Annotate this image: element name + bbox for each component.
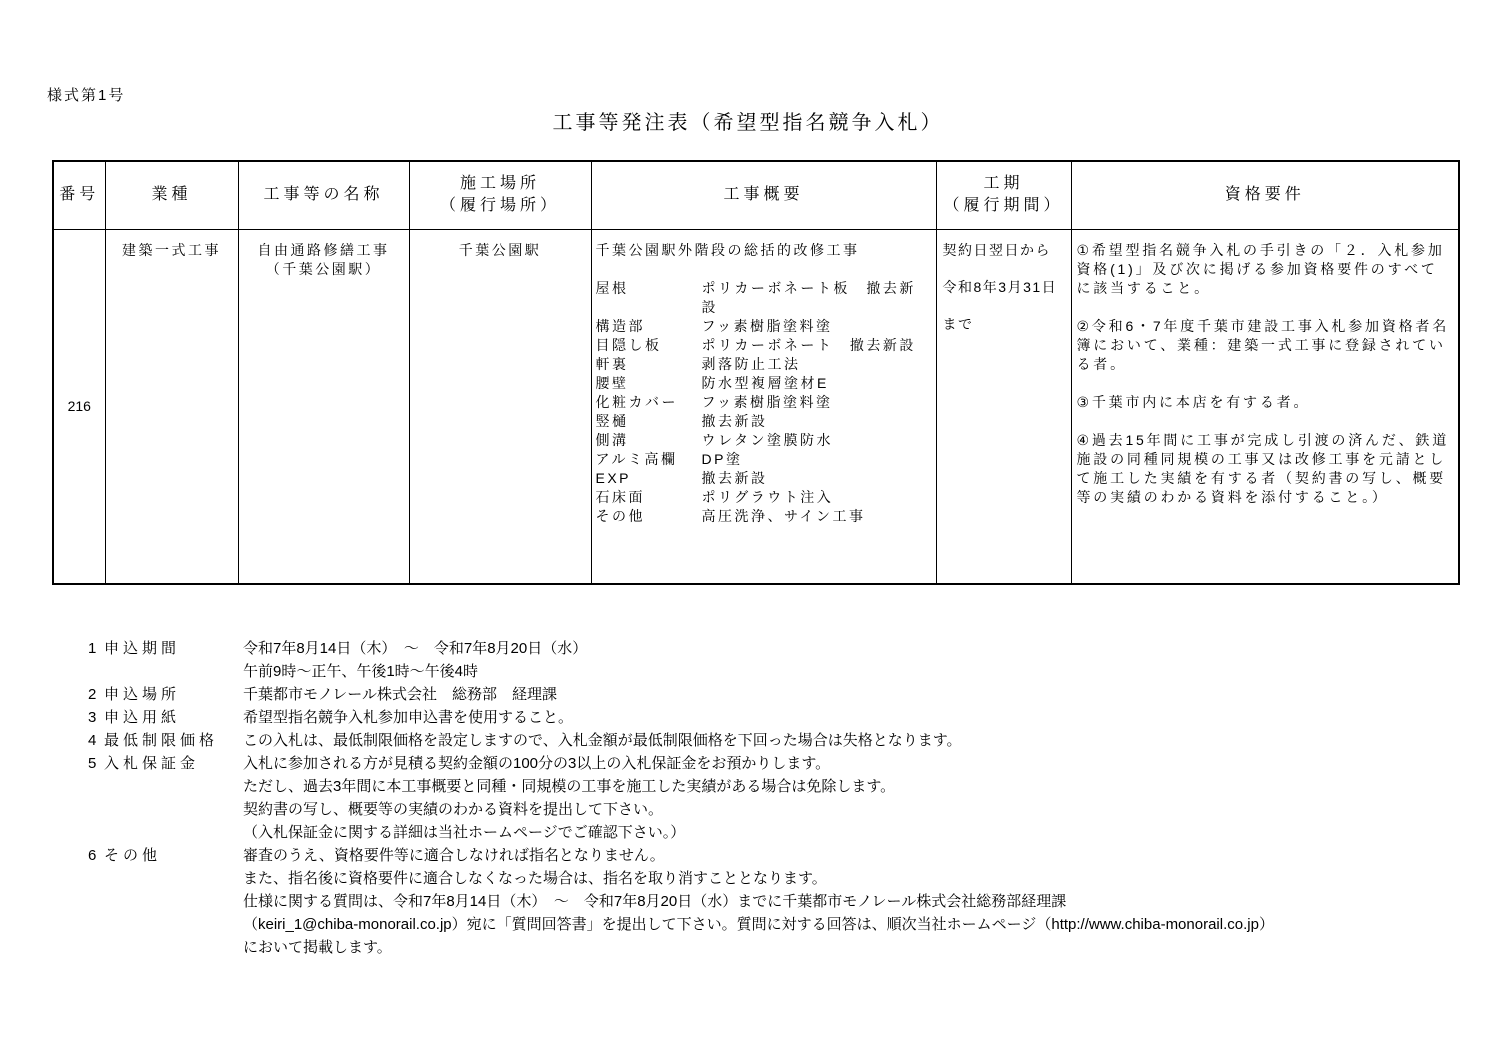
col-header-overview: 工事概要 <box>591 161 936 229</box>
note-line: 希望型指名競争入札参加申込書を使用すること。 <box>243 706 1274 729</box>
overview-item-label: 構造部 <box>596 317 702 336</box>
note-content: 希望型指名競争入札参加申込書を使用すること。 <box>243 706 1274 729</box>
note-label: 申込期間 <box>104 637 243 660</box>
note-line: （入札保証金に関する詳細は当社ホームページでご確認下さい。） <box>243 821 1274 844</box>
note-content: 入札に参加される方が見積る契約金額の100分の3以上の入札保証金をお預かりします… <box>243 752 1274 844</box>
overview-item-label: 竪樋 <box>596 412 702 431</box>
note-number: 3 <box>88 706 104 729</box>
col-header-qualifications: 資格要件 <box>1071 161 1459 229</box>
overview-item: 軒裏剥落防止工法 <box>596 355 932 374</box>
qualification-item: ②令和6・7年度千葉市建設工事入札参加資格者名簿において、業種：建築一式工事に登… <box>1077 317 1454 374</box>
overview-item-desc: 高圧洗浄、サイン工事 <box>702 507 932 526</box>
period-line: まで <box>943 315 1067 334</box>
note-number: 1 <box>88 637 104 660</box>
col-header-period: 工期 （履行期間） <box>936 161 1071 229</box>
overview-item-desc: フッ素樹脂塗料塗 <box>702 393 932 412</box>
overview-item-label: 腰壁 <box>596 374 702 393</box>
overview-item-label: 軒裏 <box>596 355 702 374</box>
overview-item: 石床面ポリグラウト注入 <box>596 488 932 507</box>
note-item-application-form: 3 申込用紙 希望型指名競争入札参加申込書を使用すること。 <box>88 706 1274 729</box>
note-line: また、指名後に資格要件に適合しなくなった場合は、指名を取り消すこととなります。 <box>243 867 1274 890</box>
qualification-item: ①希望型指名競争入札の手引きの「２．入札参加資格(1)」及び次に掲げる参加資格要… <box>1077 241 1454 298</box>
overview-item: 目隠し板ポリカーボネート 撤去新設 <box>596 336 932 355</box>
note-label: その他 <box>104 844 243 867</box>
notes-section: 1 申込期間 令和7年8月14日（木） ～ 令和7年8月20日（水） 午前9時～… <box>88 637 1274 959</box>
col-header-industry: 業種 <box>105 161 238 229</box>
qualification-item: ③千葉市内に本店を有する者。 <box>1077 393 1454 412</box>
document-page: 様式第1号 工事等発注表（希望型指名競争入札） 番号 業種 工事等の名称 施工場… <box>0 0 1496 1058</box>
table-row: 216 建築一式工事 自由通路修繕工事 （千葉公園駅） 千葉公園駅 千葉公園駅外… <box>53 229 1459 584</box>
note-content: 千葉都市モノレール株式会社 総務部 経理課 <box>243 683 1274 706</box>
qualification-item: ④過去15年間に工事が完成し引渡の済んだ、鉄道施設の同種同規模の工事又は改修工事… <box>1077 431 1454 507</box>
note-line: （keiri_1@chiba-monorail.co.jp）宛に「質問回答書」を… <box>243 913 1274 936</box>
overview-item: 構造部フッ素樹脂塗料塗 <box>596 317 932 336</box>
overview-item-label: その他 <box>596 507 702 526</box>
note-line: 入札に参加される方が見積る契約金額の100分の3以上の入札保証金をお預かりします… <box>243 752 1274 775</box>
page-title: 工事等発注表（希望型指名競争入札） <box>0 106 1496 135</box>
note-line: において掲載します。 <box>243 936 1274 959</box>
overview-item-desc: 撤去新設 <box>702 412 932 431</box>
note-line: 契約書の写し、概要等の実績のわかる資料を提出して下さい。 <box>243 798 1274 821</box>
overview-item-desc: DP塗 <box>702 450 932 469</box>
note-label: 申込場所 <box>104 683 243 706</box>
note-content: 審査のうえ、資格要件等に適合しなければ指名となりません。 また、指名後に資格要件… <box>243 844 1274 959</box>
overview-item: 側溝ウレタン塗膜防水 <box>596 431 932 450</box>
cell-location: 千葉公園駅 <box>409 229 591 584</box>
col-header-number: 番号 <box>53 161 105 229</box>
overview-item-label: 目隠し板 <box>596 336 702 355</box>
note-content: この入札は、最低制限価格を設定しますので、入札金額が最低制限価格を下回った場合は… <box>243 729 1274 752</box>
note-line: 午前9時～正午、午後1時～午後4時 <box>243 660 1274 683</box>
note-item-application-period: 1 申込期間 令和7年8月14日（木） ～ 令和7年8月20日（水） 午前9時～… <box>88 637 1274 683</box>
note-line: ただし、過去3年間に本工事概要と同種・同規模の工事を施工した実績がある場合は免除… <box>243 775 1274 798</box>
overview-item-label: 側溝 <box>596 431 702 450</box>
overview-item: その他高圧洗浄、サイン工事 <box>596 507 932 526</box>
note-item-bid-deposit: 5 入札保証金 入札に参加される方が見積る契約金額の100分の3以上の入札保証金… <box>88 752 1274 844</box>
note-number: 2 <box>88 683 104 706</box>
overview-item-desc: 防水型複層塗材E <box>702 374 932 393</box>
cell-industry: 建築一式工事 <box>105 229 238 584</box>
note-number: 6 <box>88 844 104 867</box>
cell-qualifications: ①希望型指名競争入札の手引きの「２．入札参加資格(1)」及び次に掲げる参加資格要… <box>1071 229 1459 584</box>
note-number: 4 <box>88 729 104 752</box>
cell-work-name: 自由通路修繕工事 （千葉公園駅） <box>238 229 409 584</box>
overview-item-label: EXP <box>596 469 702 488</box>
col-header-work-name: 工事等の名称 <box>238 161 409 229</box>
overview-item-label: 石床面 <box>596 488 702 507</box>
period-line: 令和8年3月31日 <box>943 278 1067 297</box>
overview-item-label: アルミ高欄 <box>596 450 702 469</box>
form-number-label: 様式第1号 <box>47 84 125 105</box>
order-table: 番号 業種 工事等の名称 施工場所 （履行場所） 工事概要 工期 （履行期間） … <box>52 160 1460 585</box>
overview-item-desc: 剥落防止工法 <box>702 355 932 374</box>
note-line: この入札は、最低制限価格を設定しますので、入札金額が最低制限価格を下回った場合は… <box>243 729 1274 752</box>
note-content: 令和7年8月14日（木） ～ 令和7年8月20日（水） 午前9時～正午、午後1時… <box>243 637 1274 683</box>
overview-item-desc: 撤去新設 <box>702 469 932 488</box>
note-line: 千葉都市モノレール株式会社 総務部 経理課 <box>243 683 1274 706</box>
note-item-others: 6 その他 審査のうえ、資格要件等に適合しなければ指名となりません。 また、指名… <box>88 844 1274 959</box>
overview-item-label: 化粧カバー <box>596 393 702 412</box>
overview-item-list: 屋根ポリカーボネート板 撤去新設 構造部フッ素樹脂塗料塗 目隠し板ポリカーボネー… <box>596 279 932 526</box>
period-line: 契約日翌日から <box>943 241 1067 260</box>
overview-item: 屋根ポリカーボネート板 撤去新設 <box>596 279 932 317</box>
overview-item: 腰壁防水型複層塗材E <box>596 374 932 393</box>
overview-item-desc: ポリカーボネート板 撤去新設 <box>702 279 932 317</box>
note-label: 申込用紙 <box>104 706 243 729</box>
overview-item: アルミ高欄DP塗 <box>596 450 932 469</box>
table-header-row: 番号 業種 工事等の名称 施工場所 （履行場所） 工事概要 工期 （履行期間） … <box>53 161 1459 229</box>
note-line: 審査のうえ、資格要件等に適合しなければ指名となりません。 <box>243 844 1274 867</box>
note-number: 5 <box>88 752 104 775</box>
overview-item-label: 屋根 <box>596 279 702 317</box>
overview-item: 竪樋撤去新設 <box>596 412 932 431</box>
col-header-location: 施工場所 （履行場所） <box>409 161 591 229</box>
overview-item: EXP撤去新設 <box>596 469 932 488</box>
overview-item-desc: ウレタン塗膜防水 <box>702 431 932 450</box>
note-line: 令和7年8月14日（木） ～ 令和7年8月20日（水） <box>243 637 1274 660</box>
overview-title: 千葉公園駅外階段の総括的改修工事 <box>596 241 932 260</box>
cell-overview: 千葉公園駅外階段の総括的改修工事 屋根ポリカーボネート板 撤去新設 構造部フッ素… <box>591 229 936 584</box>
note-item-application-place: 2 申込場所 千葉都市モノレール株式会社 総務部 経理課 <box>88 683 1274 706</box>
note-label: 入札保証金 <box>104 752 243 775</box>
overview-item-desc: ポリグラウト注入 <box>702 488 932 507</box>
overview-item-desc: ポリカーボネート 撤去新設 <box>702 336 932 355</box>
note-line: 仕様に関する質問は、令和7年8月14日（木） ～ 令和7年8月20日（水）までに… <box>243 890 1274 913</box>
cell-period: 契約日翌日から 令和8年3月31日 まで <box>936 229 1071 584</box>
cell-number: 216 <box>53 229 105 584</box>
note-item-minimum-price: 4 最低制限価格 この入札は、最低制限価格を設定しますので、入札金額が最低制限価… <box>88 729 1274 752</box>
overview-item-desc: フッ素樹脂塗料塗 <box>702 317 932 336</box>
note-label: 最低制限価格 <box>104 729 243 752</box>
overview-item: 化粧カバーフッ素樹脂塗料塗 <box>596 393 932 412</box>
